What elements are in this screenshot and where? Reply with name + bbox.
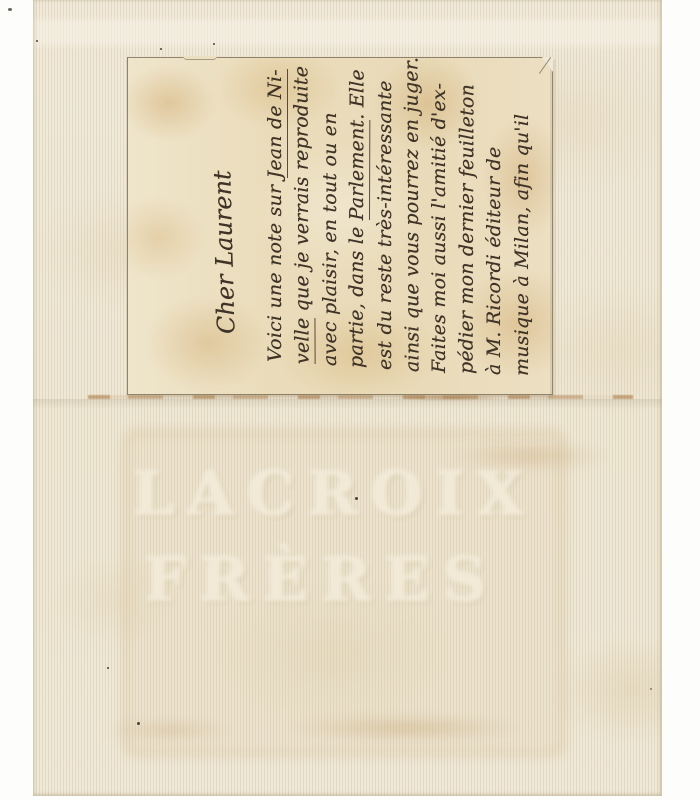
line-text: est du reste très-intéressante (374, 80, 396, 370)
scan-speck (213, 43, 215, 45)
line-text: . Elle (347, 69, 369, 120)
scan-speck (137, 722, 140, 725)
handwritten-line: Faites moi aussi l'amitié d'ex- (426, 68, 453, 373)
scan-speck (36, 40, 38, 42)
line-text: que je verrais reproduite (291, 66, 314, 318)
underlined-text: velle (292, 318, 316, 364)
line-text: avec plaisir, en tout ou en (319, 112, 341, 366)
crease-shadow (33, 399, 662, 409)
stain-band (240, 710, 570, 746)
scan-speck (8, 8, 12, 11)
scanned-letter: LACROIX FRÈRES Cher Laurent Voici une no… (0, 0, 700, 800)
scan-speck (650, 688, 652, 690)
stain-band (420, 436, 640, 476)
underlined-text: Parlement (346, 120, 370, 221)
handwritten-line: Voici une note sur Jean de Ni- (262, 68, 289, 362)
line-text: partie, dans le (346, 220, 369, 368)
scan-speck (160, 48, 162, 50)
handwritten-line: pédier mon dernier feuilleton (453, 68, 481, 374)
line-text: à M. Ricordi éditeur de (483, 147, 505, 375)
line-text: Faites moi aussi l'amitié d'ex- (428, 83, 450, 373)
line-text: pédier mon dernier feuilleton (455, 84, 478, 374)
salutation: Cher Laurent (207, 68, 240, 335)
underlined-text: Jean de Ni- (264, 69, 288, 178)
handwritten-line: est du reste très-intéressante (372, 68, 399, 370)
handwritten-line: ainsi que vous pourrez en juger. (399, 68, 427, 372)
glued-note-card: Cher Laurent Voici une note sur Jean de … (127, 57, 553, 395)
handwritten-line: partie, dans le Parlement. Elle (344, 68, 372, 368)
line-text: Voici une note sur (264, 178, 286, 362)
handwritten-line: velle que je verrais reproduite (289, 68, 318, 364)
handwritten-line: musique à Milan, afin qu'il (509, 68, 536, 376)
handwritten-line: avec plaisir, en tout ou en (317, 68, 344, 366)
handwritten-line: à M. Ricordi éditeur de (481, 68, 508, 375)
line-text: ainsi que vous pourrez en juger. (400, 57, 423, 372)
line-text: musique à Milan, afin qu'il (511, 114, 533, 376)
handwriting-block: Cher Laurent Voici une note sur Jean de … (128, 58, 554, 396)
scan-speck (107, 667, 109, 669)
card-offset-stain (123, 430, 565, 756)
scan-speck (355, 497, 358, 500)
stain-band (80, 716, 260, 744)
letter-body: Voici une note sur Jean de Ni- velle que… (262, 68, 536, 376)
